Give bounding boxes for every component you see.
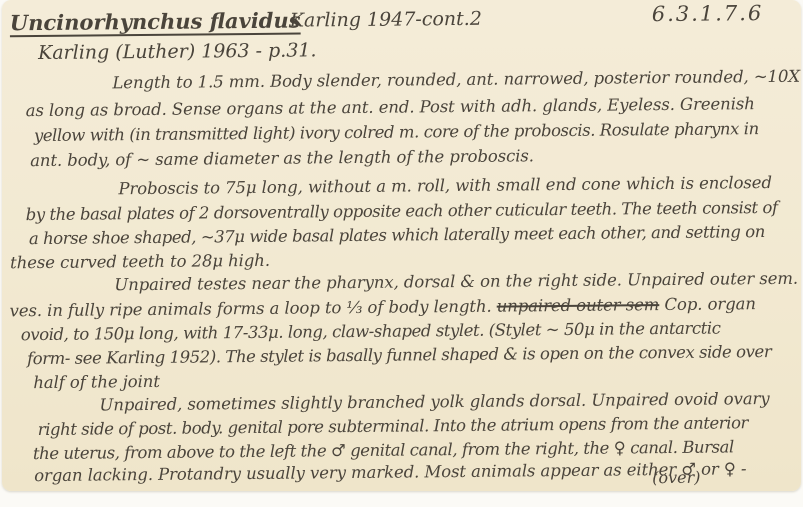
index-card: Uncinorhynchus flavidus Karling 1947-con… [2, 0, 801, 491]
manuscript-line: Unpaired testes near the pharynx, dorsal… [114, 269, 798, 295]
manuscript-line: the uterus, from above to the left the ♂… [33, 437, 734, 463]
manuscript-line: right side of post. body. genital pore s… [38, 413, 748, 439]
manuscript-line: a horse shoe shaped, ~37μ wide basal pla… [29, 222, 765, 248]
over-note: (over) [652, 468, 700, 487]
reference-line: Karling (Luther) 1963 - p.31. [38, 39, 317, 64]
manuscript-line: form- see Karling 1952). The stylet is b… [27, 342, 771, 368]
manuscript-line: these curved teeth to 28μ high. [10, 251, 270, 272]
manuscript-line: ovoid, to 150μ long, with 17-33μ. long, … [21, 318, 721, 344]
citation-text: Karling 1947-cont.2 [290, 8, 482, 32]
manuscript-line: organ lacking. Protandry usually very ma… [34, 459, 746, 485]
manuscript-line: ves. in fully ripe animals forms a loop … [9, 294, 755, 320]
species-title: Uncinorhynchus flavidus [10, 8, 301, 36]
struck-text: unpaired outer sem [497, 295, 660, 316]
manuscript-line: half of the joint [33, 372, 160, 392]
manuscript-line: Proboscis to 75μ long, without a m. roll… [118, 173, 772, 198]
line-text: Cop. organ [659, 294, 756, 314]
manuscript-line: by the basal plates of 2 dorsoventrally … [26, 198, 778, 224]
manuscript-line: Length to 1.5 mm. Body slender, rounded,… [112, 67, 800, 93]
manuscript-line: ant. body, of ~ same diameter as the len… [30, 146, 534, 170]
handwriting-layer: Uncinorhynchus flavidus Karling 1947-con… [0, 0, 803, 491]
catalog-index-number: 6.3.1.7.6 [652, 1, 764, 26]
manuscript-line: as long as broad. Sense organs at the an… [26, 94, 755, 120]
manuscript-line: yellow with (in transmitted light) ivory… [34, 119, 759, 145]
manuscript-line: Unpaired, sometimes slightly branched yo… [99, 389, 769, 414]
line-text: ves. in fully ripe animals forms a loop … [9, 297, 496, 321]
